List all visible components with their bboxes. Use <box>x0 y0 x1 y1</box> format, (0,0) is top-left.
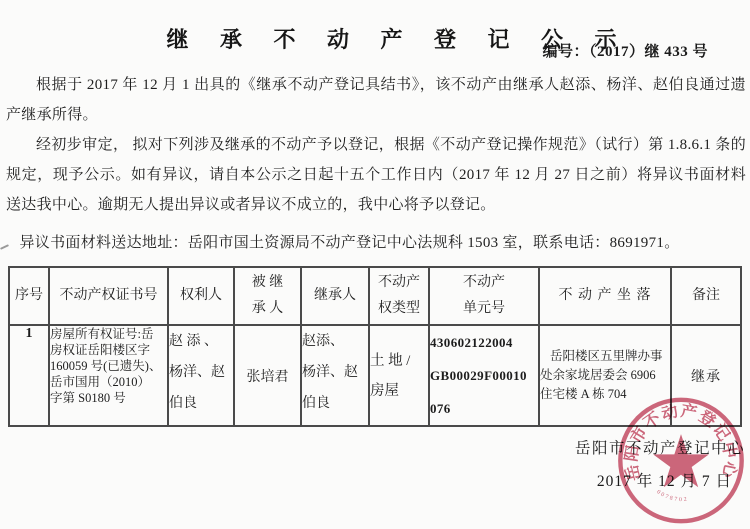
col-header-decedent: 被 继 承 人 <box>234 267 301 325</box>
document-page: 继 承 不 动 产 登 记 公 示 编号：（2017）继 433 号 根据于 2… <box>0 0 750 529</box>
seal-star-icon <box>653 434 709 487</box>
cell-decedent: 张培君 <box>234 325 301 426</box>
col-header-unit-no: 不动产 单元号 <box>429 267 539 325</box>
seal-serial-number: 0078702 <box>655 489 689 503</box>
col-header-remark: 备注 <box>671 267 741 325</box>
paragraph-review-notice: 经初步审定， 拟对下列涉及继承的不动产予以登记，根据《不动产登记操作规范》（试行… <box>6 130 746 220</box>
col-header-heir: 继承人 <box>301 267 369 325</box>
cell-property-type: 土 地 / 房屋 <box>369 325 429 426</box>
col-header-location: 不 动 产 坐 落 <box>539 267 671 325</box>
cell-unit-no: 430602122004 GB00029F00010 076 <box>429 325 539 426</box>
col-header-rights-holder: 权利人 <box>168 267 234 325</box>
cell-serial: 1 <box>9 325 49 426</box>
cell-heir: 赵添、 杨洋、赵 伯良 <box>301 325 369 426</box>
col-header-certificate-no: 不动产权证书号 <box>49 267 168 325</box>
doc-number: 编号：（2017）继 433 号 <box>542 40 708 61</box>
paragraph-objection-address: 异议书面材料送达地址：岳阳市国土资源局不动产登记中心法规科 1503 室，联系电… <box>6 228 746 258</box>
table-header-row: 序号 不动产权证书号 权利人 被 继 承 人 继承人 不动产 权类型 不动产 单… <box>9 267 741 325</box>
paragraph-inheritance-basis: 根据于 2017 年 12 月 1 出具的《继承不动产登记具结书》，该不动产由继… <box>6 70 746 130</box>
cell-rights-holder: 赵 添 、 杨洋、赵 伯良 <box>168 325 234 426</box>
col-header-property-type: 不动产 权类型 <box>369 267 429 325</box>
col-header-serial: 序号 <box>9 267 49 325</box>
official-seal: 岳阳市不动产登记中心 0078702 <box>612 392 750 529</box>
cell-certificate-no: 房屋所有权证号:岳 房权证岳阳楼区字 160059 号(已遗失)、 岳市国用（2… <box>49 325 168 426</box>
